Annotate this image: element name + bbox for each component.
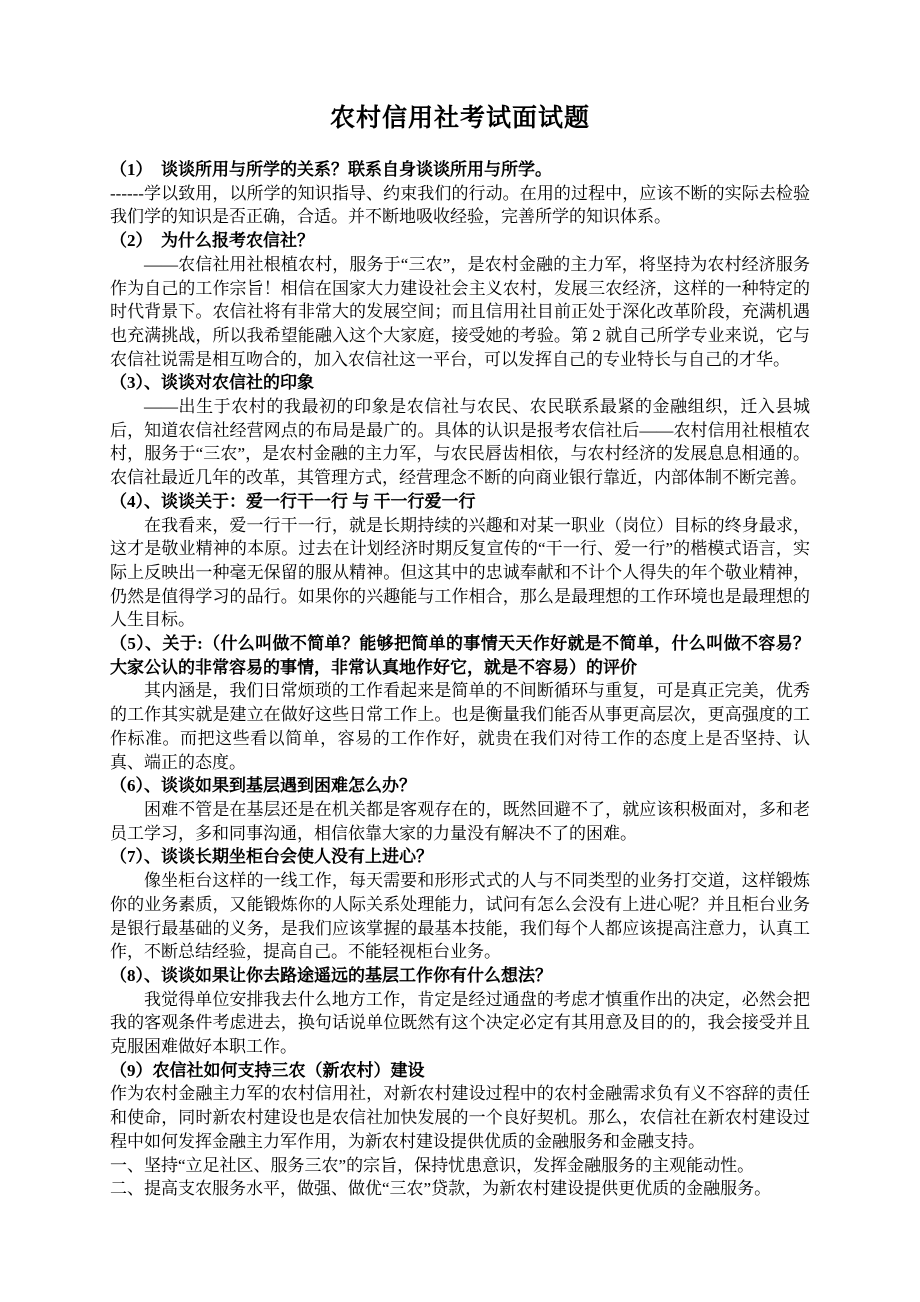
question-4-heading: （4）、谈谈关于：爱一行干一行 与 干一行爱一行	[110, 490, 810, 514]
document-title: 农村信用社考试面试题	[110, 102, 810, 136]
answer-1-paragraph: ------学以致用，以所学的知识指导、约束我们的行动。在用的过程中，应该不断的…	[110, 182, 810, 229]
qa-section-5: （5）、关于:（什么叫做不简单？能够把简单的事情天天作好就是不简单，什么叫做不容…	[110, 632, 810, 774]
question-7-heading: （7）、谈谈长期坐柜台会使人没有上进心？	[110, 845, 810, 869]
qa-section-9: （9）农信社如何支持三农（新农村）建设 作为农村金融主力军的农村信用社，对新农村…	[110, 1059, 810, 1154]
answer-3-paragraph: ——出生于农村的我最初的印象是农信社与农民、农民联系最紧的金融组织，迁入县城后，…	[110, 395, 810, 490]
question-6-heading: （6）、谈谈如果到基层遇到困难怎么办？	[110, 774, 810, 798]
answer-7-paragraph: 像坐柜台这样的一线工作，每天需要和形形式式的人与不同类型的业务打交道，这样锻炼你…	[110, 869, 810, 964]
qa-section-4: （4）、谈谈关于：爱一行干一行 与 干一行爱一行 在我看来，爱一行干一行，就是长…	[110, 490, 810, 632]
point-2-line: 二、提高支农服务水平，做强、做优“三农”贷款，为新农村建设提供更优质的金融服务。	[110, 1177, 810, 1201]
qa-section-3: （3）、谈谈对农信社的印象 ——出生于农村的我最初的印象是农信社与农民、农民联系…	[110, 371, 810, 490]
answer-2-paragraph: ——农信社用社根植农村，服务于“三农”，是农村金融的主力军，将坚持为农村经济服务…	[110, 253, 810, 372]
question-9-heading: （9）农信社如何支持三农（新农村）建设	[110, 1059, 810, 1083]
qa-section-6: （6）、谈谈如果到基层遇到困难怎么办？ 困难不管是在基层还是在机关都是客观存在的…	[110, 774, 810, 845]
question-8-heading: （8）、谈谈如果让你去路途遥远的基层工作你有什么想法？	[110, 964, 810, 988]
question-5-heading: （5）、关于:（什么叫做不简单？能够把简单的事情天天作好就是不简单，什么叫做不容…	[110, 632, 810, 679]
answer-5-paragraph: 其内涵是，我们日常烦琐的工作看起来是简单的不间断循环与重复，可是真正完美，优秀的…	[110, 679, 810, 774]
qa-section-8: （8）、谈谈如果让你去路途遥远的基层工作你有什么想法？ 我觉得单位安排我去什么地…	[110, 964, 810, 1059]
answer-6-paragraph: 困难不管是在基层还是在机关都是客观存在的，既然回避不了，就应该积极面对，多和老员…	[110, 798, 810, 845]
question-3-heading: （3）、谈谈对农信社的印象	[110, 371, 810, 395]
question-1-heading: （1） 谈谈所用与所学的关系？联系自身谈谈所用与所学。	[110, 158, 810, 182]
answer-4-paragraph: 在我看来，爱一行干一行，就是长期持续的兴趣和对某一职业（岗位）目标的终身最求，这…	[110, 514, 810, 633]
answer-8-paragraph: 我觉得单位安排我去什么地方工作，肯定是经过通盘的考虑才慎重作出的决定，必然会把我…	[110, 988, 810, 1059]
qa-section-7: （7）、谈谈长期坐柜台会使人没有上进心？ 像坐柜台这样的一线工作，每天需要和形形…	[110, 845, 810, 964]
point-1-line: 一、坚持“立足社区、服务三农”的宗旨，保持忧患意识，发挥金融服务的主观能动性。	[110, 1154, 810, 1178]
question-2-heading: （2） 为什么报考农信社？	[110, 229, 810, 253]
qa-section-1: （1） 谈谈所用与所学的关系？联系自身谈谈所用与所学。 ------学以致用，以…	[110, 158, 810, 229]
document-page: 农村信用社考试面试题 （1） 谈谈所用与所学的关系？联系自身谈谈所用与所学。 -…	[110, 0, 810, 1201]
qa-section-2: （2） 为什么报考农信社？ ——农信社用社根植农村，服务于“三农”，是农村金融的…	[110, 229, 810, 371]
answer-9-paragraph: 作为农村金融主力军的农村信用社，对新农村建设过程中的农村金融需求负有义不容辞的责…	[110, 1082, 810, 1153]
